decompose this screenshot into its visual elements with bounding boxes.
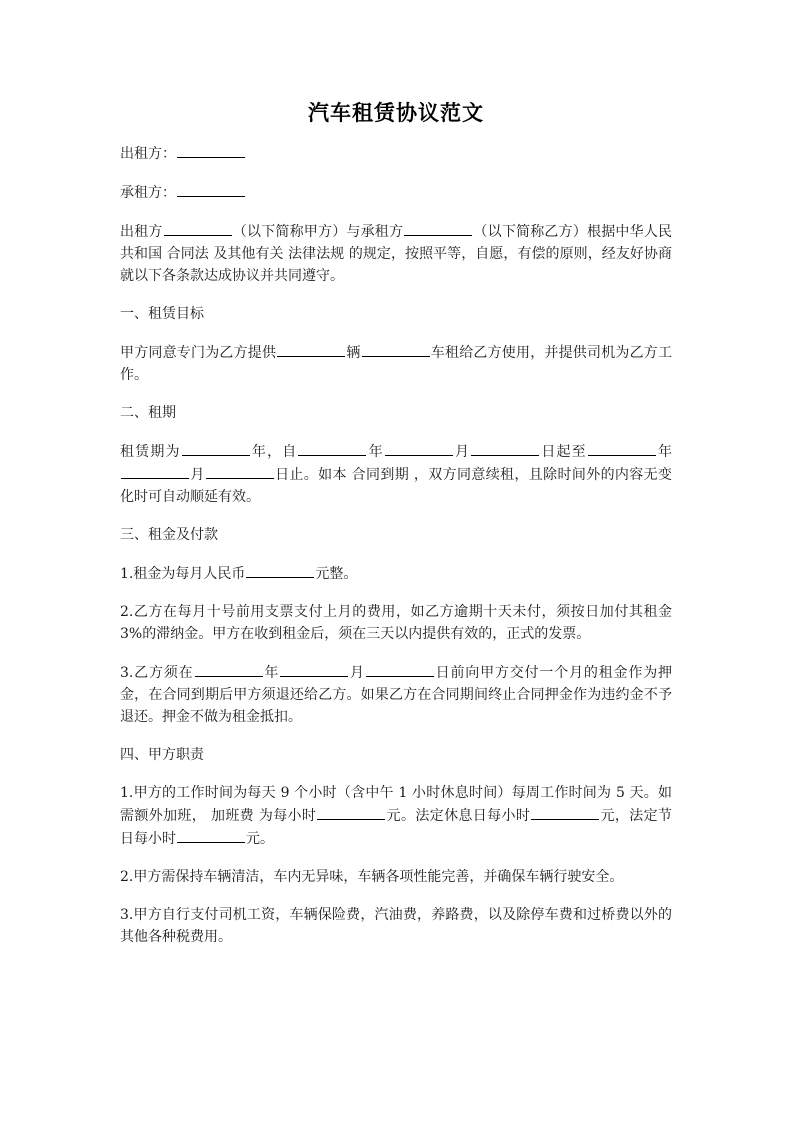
body-text: 年	[367, 444, 383, 460]
lessee-blank[interactable]	[177, 181, 245, 197]
section-heading-1: 一、租赁目标	[120, 303, 672, 325]
body-text: 元整。	[315, 566, 357, 582]
section-1-body: 甲方同意专门为乙方提供辆车租给乙方使用，并提供司机为乙方工作。	[120, 341, 672, 386]
start-day-blank[interactable]	[471, 440, 539, 456]
preamble-text: （以下简称甲方）与承租方	[233, 224, 404, 240]
lessor-line: 出租方：	[120, 142, 672, 165]
lessor-label: 出租方：	[120, 146, 176, 162]
section-4-item-2: 2.甲方需保持车辆清洁，车内无异味，车辆各项性能完善，并确保车辆行驶安全。	[120, 866, 672, 888]
document-title: 汽车租赁协议范文	[120, 96, 672, 130]
body-text: 租赁期为	[120, 444, 181, 460]
lessee-line: 承租方：	[120, 181, 672, 204]
term-years-blank[interactable]	[182, 440, 250, 456]
section-heading-3: 三、租金及付款	[120, 524, 672, 546]
end-year-blank[interactable]	[588, 440, 656, 456]
section-heading-2: 二、租期	[120, 402, 672, 424]
section-2-body: 租赁期为年，自年月日起至年月日止。如本 合同到期 ，双方同意续租，且除时间外的内…	[120, 440, 672, 508]
body-text: 月	[349, 665, 365, 681]
section-3-item-1: 1.租金为每月人民币元整。	[120, 562, 672, 585]
party-b-blank[interactable]	[404, 220, 472, 236]
party-a-blank[interactable]	[164, 220, 232, 236]
deposit-day-blank[interactable]	[366, 661, 434, 677]
section-4-item-1: 1.甲方的工作时间为每天 9 个小时（含中午 1 小时休息时间）每周工作时间为 …	[120, 782, 672, 850]
deposit-year-blank[interactable]	[195, 661, 263, 677]
section-3-item-3: 3.乙方须在年月日前向甲方交付一个月的租金作为押金，在合同到期后甲方须退还给乙方…	[120, 661, 672, 728]
section-heading-4: 四、甲方职责	[120, 744, 672, 766]
body-text: 元。	[246, 831, 274, 847]
body-text: 1.租金为每月人民币	[120, 566, 245, 582]
section-4-item-3: 3.甲方自行支付司机工资，车辆保险费，汽油费，养路费，以及除停车费和过桥费以外的…	[120, 904, 672, 948]
body-text: 3.乙方须在	[120, 665, 194, 681]
preamble-text: 出租方	[120, 224, 163, 240]
end-month-blank[interactable]	[121, 463, 189, 479]
lessor-blank[interactable]	[177, 142, 245, 158]
body-text: 年，自	[251, 444, 298, 460]
start-year-blank[interactable]	[298, 440, 366, 456]
vehicle-type-blank[interactable]	[362, 341, 430, 357]
body-text: 年	[657, 444, 672, 460]
section-3-item-2: 2.乙方在每月十号前用支票支付上月的费用，如乙方逾期十天未付，须按日加付其租金 …	[120, 601, 672, 645]
body-text: 元。法定休息日每小时	[386, 808, 530, 824]
body-text: 年	[264, 665, 280, 681]
deposit-month-blank[interactable]	[280, 661, 348, 677]
document-page: 汽车租赁协议范文 出租方： 承租方： 出租方（以下简称甲方）与承租方（以下简称乙…	[120, 96, 672, 964]
holiday-rate-blank[interactable]	[177, 827, 245, 843]
vehicle-count-blank[interactable]	[277, 341, 345, 357]
end-day-blank[interactable]	[206, 463, 274, 479]
body-text: 甲方同意专门为乙方提供	[120, 345, 276, 361]
overtime-rate-blank[interactable]	[317, 804, 385, 820]
rest-day-rate-blank[interactable]	[531, 804, 599, 820]
body-text: 月	[454, 444, 470, 460]
body-text: 辆	[346, 345, 360, 361]
monthly-rent-blank[interactable]	[246, 562, 314, 578]
body-text: 日起至	[540, 444, 587, 460]
lessee-label: 承租方：	[120, 185, 176, 201]
start-month-blank[interactable]	[385, 440, 453, 456]
body-text: 月	[190, 467, 205, 483]
preamble: 出租方（以下简称甲方）与承租方（以下简称乙方）根据中华人民共和国 合同法 及其他…	[120, 220, 672, 287]
